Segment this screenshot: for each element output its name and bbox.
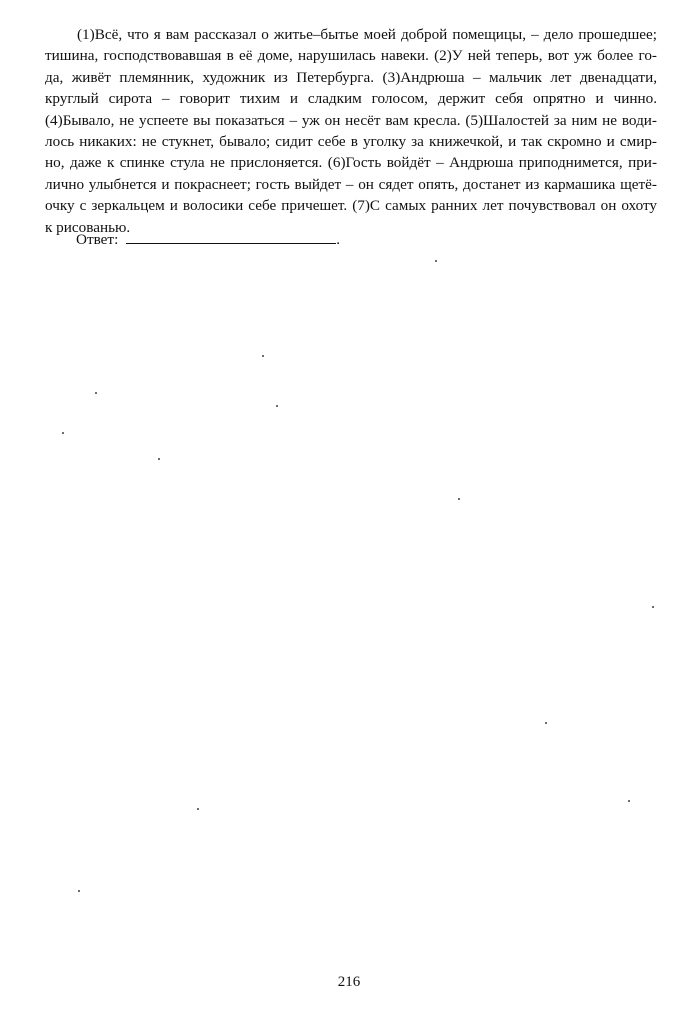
scan-speck <box>158 458 160 460</box>
passage-line: но, даже к спинке стула не прислоняется.… <box>45 152 657 173</box>
page-number: 216 <box>0 974 698 991</box>
scan-speck <box>628 800 630 802</box>
passage-line: лично улыбнется и покраснеет; гость выйд… <box>45 174 657 195</box>
passage-line: очку с зеркальцем и волосики себе причеш… <box>45 195 657 216</box>
passage-line: (4)Бывало, не успеете вы показаться – уж… <box>45 110 657 131</box>
passage-line: лось никаких: не стукнет, бывало; сидит … <box>45 131 657 152</box>
scan-speck <box>458 498 460 500</box>
scan-speck <box>545 722 547 724</box>
scan-speck <box>95 392 97 394</box>
passage-line: круглый сирота – говорит тихим и сладким… <box>45 88 657 109</box>
passage-line: тишина, господствовавшая в её доме, нару… <box>45 45 657 66</box>
answer-label: Ответ: <box>76 231 118 249</box>
answer-row: Ответ: . <box>76 229 340 249</box>
passage-line: (1)Всё, что я вам рассказал о житье–быть… <box>45 24 657 45</box>
scan-speck <box>62 432 64 434</box>
scan-speck <box>78 890 80 892</box>
scan-speck <box>652 606 654 608</box>
scan-speck <box>435 260 437 262</box>
scan-speck <box>276 405 278 407</box>
answer-end-period: . <box>336 231 340 249</box>
passage-text: (1)Всё, что я вам рассказал о житье–быть… <box>45 24 657 238</box>
scan-speck <box>262 355 264 357</box>
answer-blank-field[interactable] <box>126 229 336 244</box>
scan-speck <box>197 808 199 810</box>
passage-line: да, живёт племянник, художник из Петербу… <box>45 67 657 88</box>
